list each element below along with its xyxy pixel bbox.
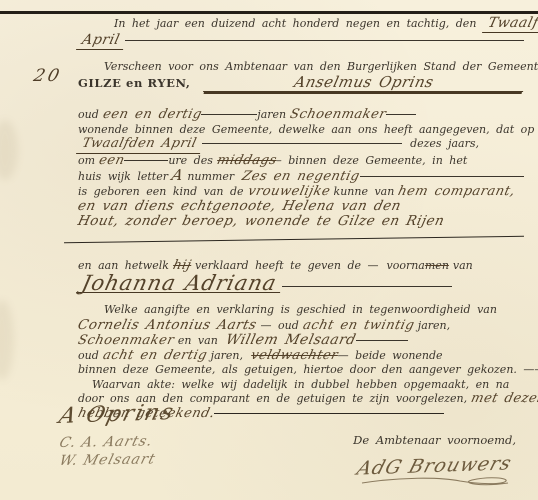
printed-men-struck: men <box>425 259 449 274</box>
handwritten-wijk-letter: A <box>170 168 185 183</box>
dash-rule <box>124 159 168 161</box>
handwritten-w1-occupation: Schoenmaker <box>76 334 175 349</box>
handwritten-day: Twaalfden <box>483 16 538 33</box>
handwritten-mother-1: en van diens echtgenoote, Helena van den <box>76 199 402 214</box>
printed-and-of: en van <box>178 334 218 349</box>
municipality-line: GILZE en RYEN, Anselmus Oprins <box>78 75 524 92</box>
printed-number-label: nummer <box>187 170 234 185</box>
child-name-line: Johanna Adriana <box>78 276 524 293</box>
chosen-line: binnen deze Gemeente, als getuigen, hier… <box>78 363 524 378</box>
residence-line: wonende binnen deze Gemeente, dewelke aa… <box>78 123 524 138</box>
house-line: huis wijk letter A nummer Zes en negenti… <box>78 168 524 185</box>
birth-certificate-scan: 20 In het jaar een duizend acht honderd … <box>0 0 538 500</box>
witness1-line: Cornelis Antonius Aarts — oud acht en tw… <box>78 318 524 334</box>
printed-w1-age-prefix: — oud <box>260 319 298 334</box>
printed-residence-text: wonende binnen deze Gemeente, dewelke aa… <box>78 123 538 138</box>
section-divider-rule <box>64 234 524 244</box>
fill-rule <box>202 142 402 144</box>
printed-van: van <box>453 259 473 274</box>
dash-rule <box>201 113 257 115</box>
handwritten-father-ref: hem comparant, <box>397 185 517 200</box>
year-line: In het jaar een duizend acht honderd neg… <box>114 16 524 33</box>
printed-chosen-text: binnen deze Gemeente, als getuigen, hier… <box>78 363 538 378</box>
official-signature-block: De Ambtenaar voornoemd, AdG Brouwers <box>353 433 516 489</box>
printed-voorna: voorna <box>387 259 425 274</box>
mother-line-2: Hout, zonder beroep, wonende te Gilze en… <box>78 214 524 229</box>
top-border-rule <box>0 11 538 14</box>
printed-kunne-label: kunne van <box>334 185 395 200</box>
printed-at-label: om <box>78 154 95 169</box>
handwritten-house-number: Zes en negentig <box>240 170 361 185</box>
handwritten-witness2-name: Willem Melsaard <box>224 333 357 348</box>
printed-both-living: — beide wonende <box>338 349 443 364</box>
printed-year-text: In het jaar een duizend acht honderd neg… <box>114 17 476 32</box>
handwritten-declarant-name: Anselmus Oprins <box>203 75 526 92</box>
printed-w2-age-suffix: jaren, <box>211 349 243 364</box>
printed-w2-age-prefix: oud <box>78 349 99 364</box>
fill-rule <box>125 39 524 41</box>
handwritten-child-name: Johanna Adriana <box>76 276 284 293</box>
fill-rule <box>360 175 524 177</box>
handwritten-hour: een <box>97 154 126 169</box>
ink-bleed-mark <box>0 300 14 380</box>
signature-block-left: A Oprins C. A. Aarts. W. Melsaart <box>60 402 174 468</box>
printed-witness-intro: Welke aangifte en verklaring is geschied… <box>104 303 497 318</box>
fill-rule <box>282 285 452 287</box>
printed-born-prefix: is geboren een kind van de <box>78 185 244 200</box>
printed-of-this-year: dezes jaars, <box>410 137 479 152</box>
document-body: In het jaar een duizend acht honderd neg… <box>78 16 524 421</box>
handwritten-mother-2: Hout, zonder beroep, wonende te Gilze en… <box>76 214 446 229</box>
official-title: De Ambtenaar voornoemd, <box>353 433 516 447</box>
printed-deed-1: Waarvan akte: welke wij dadelijk in dubb… <box>92 378 509 393</box>
handwritten-deed-2: met dezelven <box>469 392 538 407</box>
printed-house-prefix: huis wijk letter <box>78 170 168 185</box>
born-line: is geboren een kind van de vrouwelijke k… <box>78 185 524 200</box>
handwritten-w2-age: acht en dertig <box>101 349 208 364</box>
handwritten-age: een en dertig <box>101 108 203 123</box>
witness2-line: Schoenmaker en van Willem Melsaard <box>78 333 524 349</box>
deed-line-1: Waarvan akte: welke wij dadelijk in dubb… <box>92 378 524 393</box>
dash-rule <box>386 113 416 115</box>
handwritten-w1-age: acht en twintig <box>301 319 415 334</box>
ink-bleed-mark <box>0 120 18 180</box>
handwritten-daypart: middags <box>215 154 278 169</box>
witness2-signature: W. Melsaart <box>58 451 177 469</box>
witness2-age-line: oud acht en dertig jaren, veldwachter — … <box>78 349 524 364</box>
handwritten-gender: vrouwelijke <box>246 185 331 200</box>
handwritten-occupation: Schoenmaker <box>288 108 387 123</box>
dash-rule <box>356 339 408 341</box>
municipality-name: GILZE en RYEN, <box>78 76 191 91</box>
printed-within-text: – binnen deze Gemeente, in het <box>276 154 467 169</box>
birthdate-line: Twaalfden April dezes jaars, <box>78 137 524 154</box>
witness-intro-line: Welke aangifte en verklaring is geschied… <box>104 303 524 318</box>
act-number: 20 <box>32 66 65 86</box>
month-line: April <box>78 33 524 50</box>
handwritten-birthdate: Twaalfden April <box>76 137 204 154</box>
handwritten-witness1-name: Cornelis Antonius Aarts <box>76 318 258 333</box>
printed-w1-age-suffix: jaren, <box>418 319 450 334</box>
declarant-signature: A Oprins <box>56 400 177 429</box>
handwritten-month: April <box>76 33 127 50</box>
handwritten-w2-occupation: veldwachter <box>249 349 339 364</box>
printed-years-label: jaren <box>257 108 286 123</box>
age-occupation-line: oud een en dertig jaren Schoenmaker <box>78 108 524 123</box>
printed-age-label: oud <box>78 108 99 123</box>
witness1-signature: C. A. Aarts. <box>58 433 177 451</box>
fill-rule <box>214 412 444 414</box>
time-line: om een ure des middags – binnen deze Gem… <box>78 154 524 169</box>
mother-line-1: en van diens echtgenoote, Helena van den <box>78 199 524 214</box>
